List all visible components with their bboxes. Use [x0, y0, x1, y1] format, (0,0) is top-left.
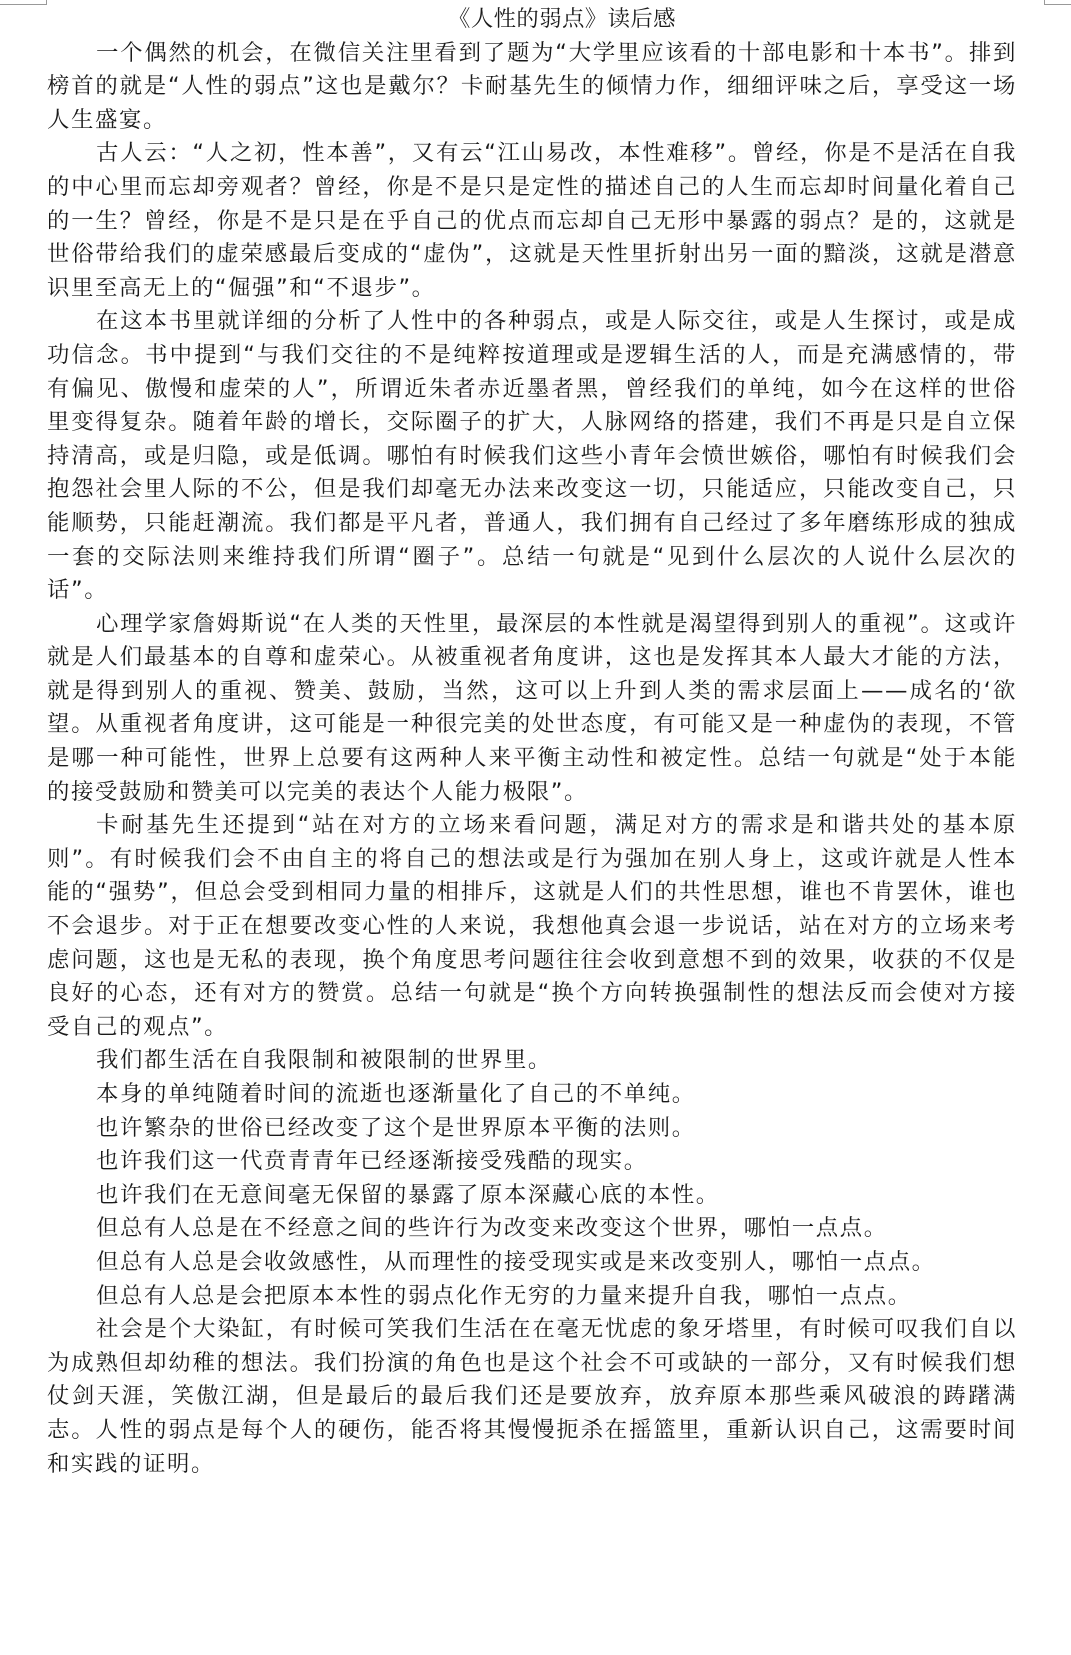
paragraph-ancient-saying: 古人云：“人之初，性本善”，又有云“江山易改，本性难移”。曾经，你是不是活在自我… — [47, 137, 1017, 305]
paragraph-line: 也许繁杂的世俗已经改变了这个是世界原本平衡的法则。 — [47, 1112, 1017, 1146]
paragraph-carnegie-standpoint: 卡耐基先生还提到“站在对方的立场来看问题，满足对方的需求是和谐共处的基本原则”。… — [47, 809, 1017, 1044]
paragraph-line: 但总有人总是在不经意之间的些许行为改变来改变这个世界，哪怕一点点。 — [47, 1212, 1017, 1246]
paragraph-line: 也许我们这一代贲青青年已经逐渐接受残酷的现实。 — [47, 1145, 1017, 1179]
paragraph-book-analysis: 在这本书里就详细的分析了人性中的各种弱点，或是人际交往，或是人生探讨，或是成功信… — [47, 305, 1017, 607]
paragraph-line: 也许我们在无意间毫无保留的暴露了原本深藏心底的本性。 — [47, 1179, 1017, 1213]
paragraph-line: 但总有人总是会收敛感性，从而理性的接受现实或是来改变别人，哪怕一点点。 — [47, 1246, 1017, 1280]
paragraph-line: 本身的单纯随着时间的流逝也逐渐量化了自己的不单纯。 — [47, 1078, 1017, 1112]
document-page: 《人性的弱点》读后感 一个偶然的机会，在微信关注里看到了题为“大学里应该看的十部… — [47, 3, 1017, 1481]
paragraph-intro: 一个偶然的机会，在微信关注里看到了题为“大学里应该看的十部电影和十本书”。排到榜… — [47, 37, 1017, 138]
paragraph-line: 但总有人总是会把原本本性的弱点化作无穷的力量来提升自我，哪怕一点点。 — [47, 1280, 1017, 1314]
paragraph-line: 我们都生活在自我限制和被限制的世界里。 — [47, 1044, 1017, 1078]
paragraph-psychologist-james: 心理学家詹姆斯说“在人类的天性里，最深层的本性就是渴望得到别人的重视”。这或许就… — [47, 608, 1017, 810]
crop-mark-top-right — [1044, 0, 1071, 5]
document-title: 《人性的弱点》读后感 — [47, 3, 1017, 37]
paragraph-conclusion: 社会是个大染缸，有时候可笑我们生活在在毫无忧虑的象牙塔里，有时候可叹我们自以为成… — [47, 1313, 1017, 1481]
crop-mark-top-left — [0, 0, 47, 5]
